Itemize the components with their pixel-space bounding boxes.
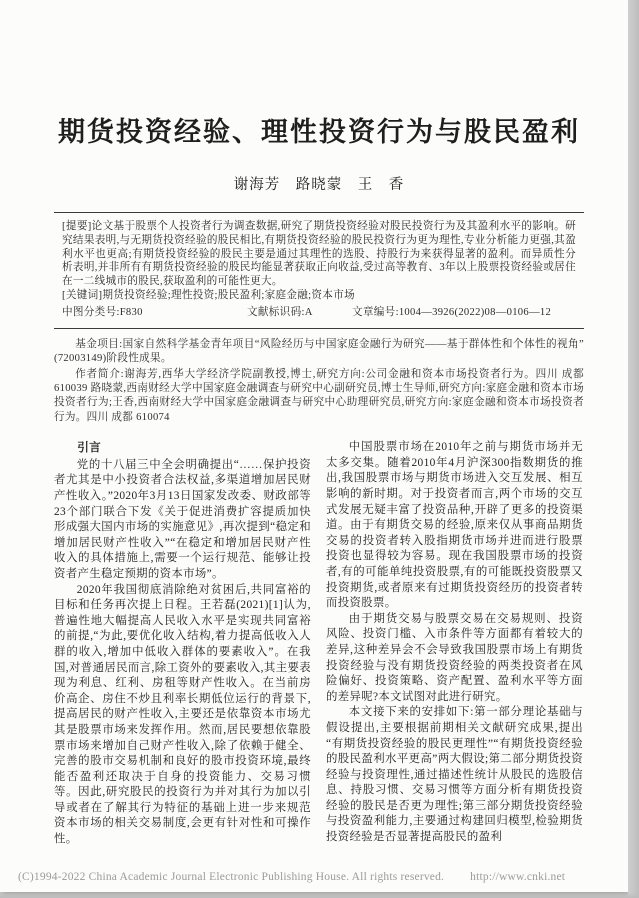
- left-column: 引言 党的十八届三中全会明确提出“……保护投资者尤其是中小投资者合法权益,多渠道…: [54, 440, 311, 847]
- scanned-page-viewport: 期货投资经验、理性投资行为与股民盈利 谢海芳 路晓蒙 王 香 [提要]论文基于股…: [0, 0, 639, 898]
- keywords-text: 期货投资经验;理性投资;股民盈利;家庭金融;资本市场: [102, 290, 355, 301]
- right-paragraph-1: 中国股票市场在2010年之前与期货市场并无太多交集。随着2010年4月沪深300…: [326, 440, 583, 612]
- keywords-label: [关键词]: [62, 290, 102, 301]
- fund-and-bio-section: 基金项目:国家自然科学基金青年项目“风险经历与中国家庭金融行为研究——基于群体性…: [54, 338, 584, 425]
- abstract-paragraph: [提要]论文基于股票个人投资者行为调查数据,研究了期货投资经验对股民投资行为及其…: [62, 220, 576, 289]
- article-id: 文章编号:1004—3926(2022)08—0106—12: [352, 306, 576, 320]
- abstract-section: [提要]论文基于股票个人投资者行为调查数据,研究了期货投资经验对股民投资行为及其…: [54, 212, 584, 329]
- abstract-label: [提要]: [62, 221, 92, 232]
- authors-line: 谢海芳 路晓蒙 王 香: [54, 173, 584, 194]
- cnki-footer: (C)1994-2022 China Academic Journal Elec…: [18, 871, 565, 883]
- cnki-url: http://www.cnki.net: [470, 871, 565, 883]
- page-title: 期货投资经验、理性投资行为与股民盈利: [54, 0, 584, 149]
- left-paragraph-2: 2020年我国彻底消除绝对贫困后,共同富裕的目标和任务再次提上日程。王若磊(20…: [54, 583, 311, 848]
- classification-row: 中图分类号:F830 文献标识码:A 文章编号:1004—3926(2022)0…: [62, 306, 576, 320]
- right-column: 中国股票市场在2010年之前与期货市场并无太多交集。随着2010年4月沪深300…: [326, 440, 583, 847]
- body-columns: 引言 党的十八届三中全会明确提出“……保护投资者尤其是中小投资者合法权益,多渠道…: [54, 440, 584, 847]
- clc-number: 中图分类号:F830: [62, 306, 247, 320]
- page-content: 期货投资经验、理性投资行为与股民盈利 谢海芳 路晓蒙 王 香 [提要]论文基于股…: [0, 0, 628, 848]
- left-paragraph-1: 党的十八届三中全会明确提出“……保护投资者尤其是中小投资者合法权益,多渠道增加居…: [54, 458, 311, 583]
- document-code: 文献标识码:A: [247, 306, 352, 320]
- right-paragraph-3: 本文接下来的安排如下:第一部分理论基础与假设提出,主要根据前期相关文献研究成果,…: [326, 705, 583, 845]
- abstract-text: 论文基于股票个人投资者行为调查数据,研究了期货投资经验对股民投资行为及其盈利水平…: [62, 221, 576, 287]
- intro-heading: 引言: [54, 440, 311, 456]
- keywords-line: [关键词]期货投资经验;理性投资;股民盈利;家庭金融;资本市场: [62, 289, 576, 303]
- scan-edge-right: [628, 0, 639, 898]
- fund-project: 基金项目:国家自然科学基金青年项目“风险经历与中国家庭金融行为研究——基于群体性…: [54, 338, 584, 367]
- author-bio: 作者简介:谢海芳,西华大学经济学院副教授,博士,研究方向:公司金融和资本市场投资…: [54, 368, 584, 426]
- copyright-text: (C)1994-2022 China Academic Journal Elec…: [18, 871, 444, 883]
- scan-edge-bottom: [0, 892, 639, 898]
- document-page: 期货投资经验、理性投资行为与股民盈利 谢海芳 路晓蒙 王 香 [提要]论文基于股…: [0, 0, 628, 892]
- right-paragraph-2: 由于期货交易与股票交易在交易规则、投资风险、投资门槛、入市条件等方面都有着较大的…: [326, 612, 583, 706]
